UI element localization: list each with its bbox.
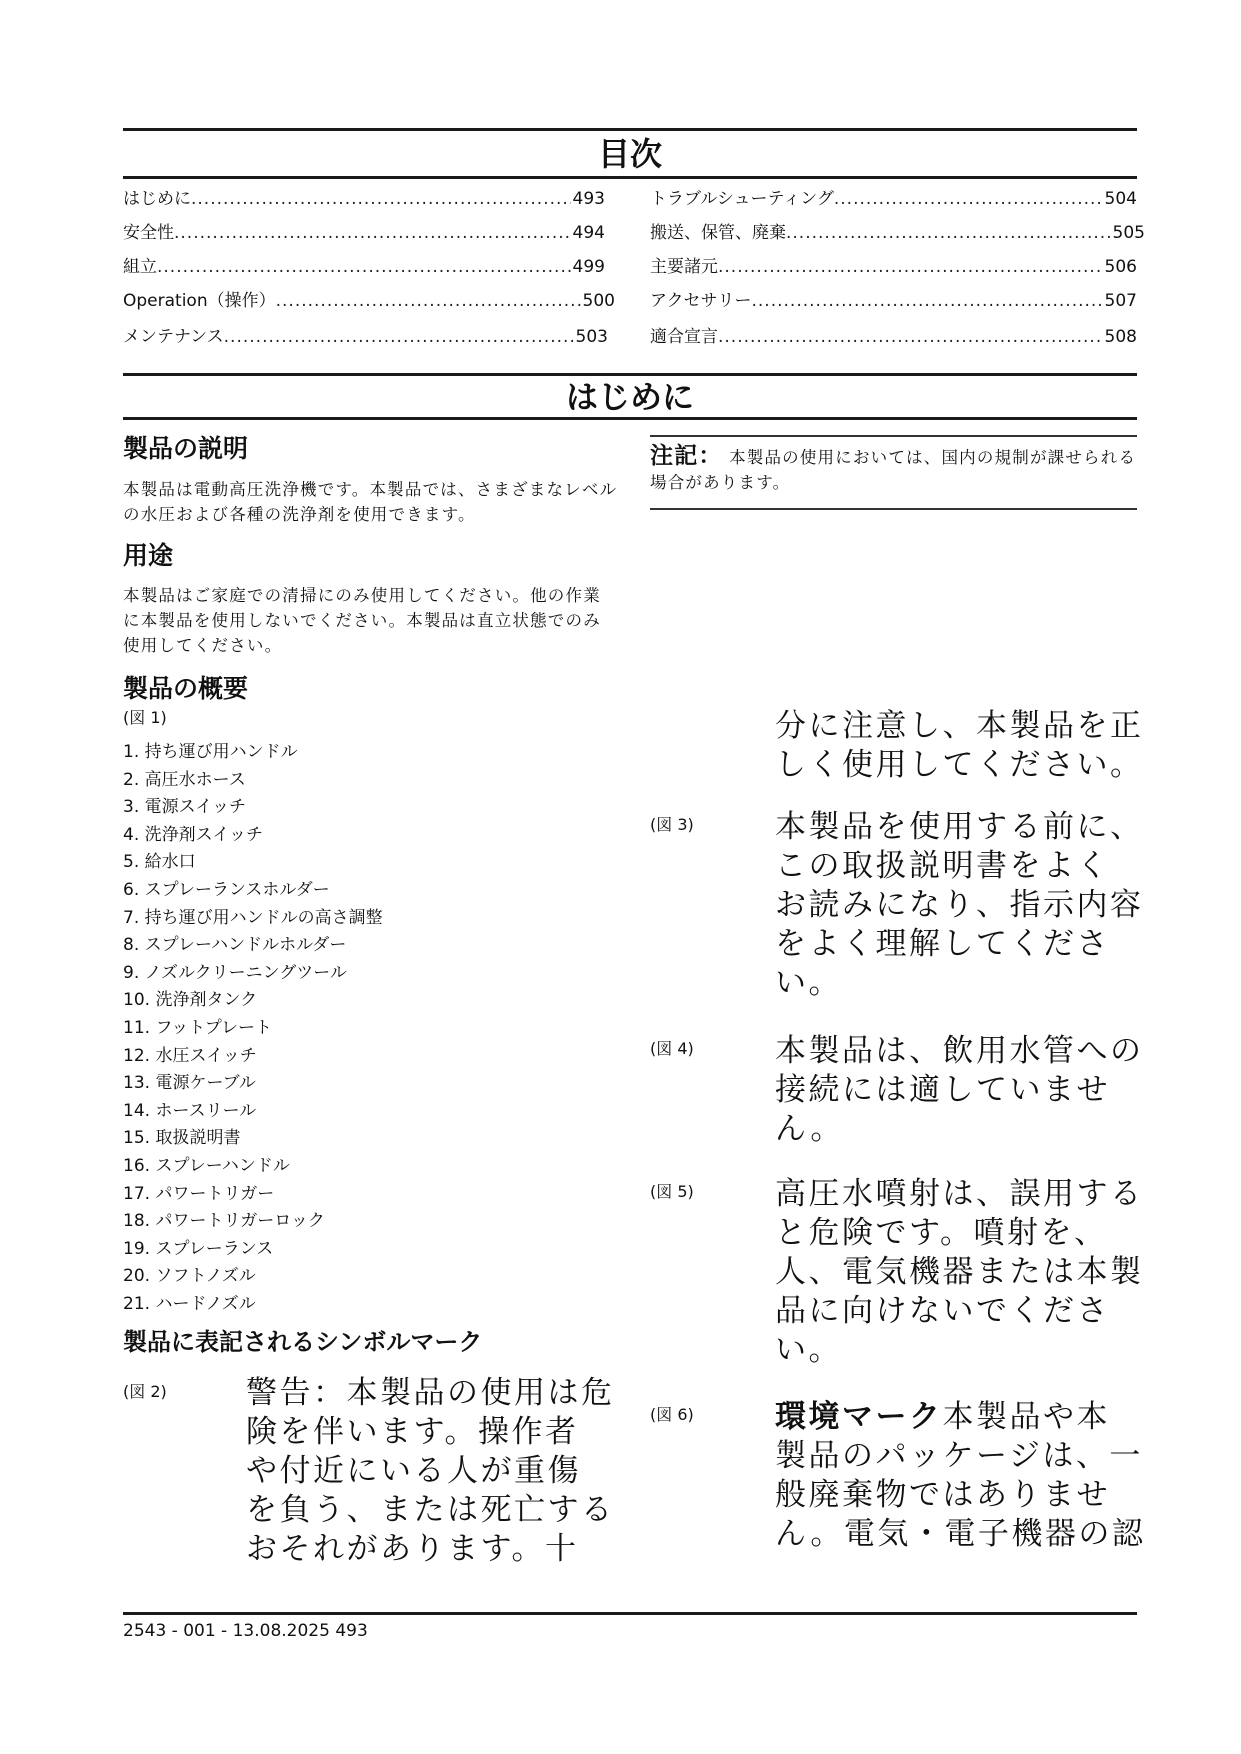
toc-entry[interactable]: トラブルシューティング504 [650, 188, 1137, 210]
toc-top-rule [123, 128, 1137, 131]
list-item: 15. 取扱説明書 [123, 1125, 383, 1153]
toc-entry[interactable]: はじめに493 [123, 188, 605, 210]
list-item: 2. 高圧水ホース [123, 767, 383, 795]
text-line: ん。 [775, 1110, 1144, 1149]
list-item: 5. 給水口 [123, 849, 383, 877]
toc-entry-label: トラブルシューティング [650, 188, 834, 210]
figure-6-ref: (図 6) [650, 1404, 694, 1426]
list-item: 12. 水圧スイッチ [123, 1043, 383, 1071]
list-item: 11. フットプレート [123, 1015, 383, 1043]
text-line: と危険です。噴射を、 [775, 1214, 1144, 1253]
footer-rule [123, 1612, 1137, 1615]
toc-entry-page: 507 [1103, 290, 1137, 312]
intended-use-heading: 用途 [123, 540, 173, 572]
list-item: 18. パワートリガーロック [123, 1208, 383, 1236]
toc-entry-label: 搬送、保管、廃棄 [650, 222, 786, 244]
toc-leader [224, 326, 574, 348]
overview-heading: 製品の概要 [123, 673, 248, 705]
note-box: 注記： 本製品の使用においては、国内の規制が課せられる場合があります。 [650, 444, 1137, 495]
toc-entry-page: 506 [1103, 256, 1137, 278]
text-line: 品に向けないでくださ [775, 1292, 1144, 1331]
high-pressure-symbol-text: 高圧水噴射は、誤用する と危険です。噴射を、 人、電気機器または本製 品に向けな… [775, 1175, 1144, 1370]
toc-entry-label: 主要諸元 [650, 256, 718, 278]
list-item: 7. 持ち運び用ハンドルの高さ調整 [123, 905, 383, 933]
intended-use-text: 本製品はご家庭での清掃にのみ使用してください。他の作業に本製品を使用しないでくだ… [123, 583, 618, 658]
toc-leader [718, 256, 1103, 278]
list-item: 21. ハードノズル [123, 1291, 383, 1319]
toc-bottom-rule [123, 176, 1137, 179]
figure-1-ref: (図 1) [123, 707, 167, 729]
toc-entry-label: 安全性 [123, 222, 174, 244]
toc-entry-label: Operation（操作） [123, 290, 276, 312]
list-item: 3. 電源スイッチ [123, 794, 383, 822]
text-line: 接続には適していませ [775, 1071, 1144, 1110]
list-item: 8. スプレーハンドルホルダー [123, 932, 383, 960]
intro-top-rule [123, 373, 1137, 376]
toc-leader [276, 290, 581, 312]
toc-leader [834, 188, 1103, 210]
toc-entry-page: 499 [571, 256, 605, 278]
figure-2-ref: (図 2) [123, 1381, 167, 1403]
footer-text: 2543 - 001 - 13.08.2025 493 [123, 1621, 368, 1641]
text-fragment: 本製品や本 [943, 1399, 1111, 1435]
toc-entry-page: 500 [581, 290, 615, 312]
toc-entry-label: メンテナンス [123, 326, 224, 348]
toc-entry-label: はじめに [123, 188, 191, 210]
toc-entry-label: 適合宣言 [650, 326, 718, 348]
toc-title: 目次 [123, 134, 1137, 174]
toc-entry-page: 504 [1103, 188, 1137, 210]
list-item: 16. スプレーハンドル [123, 1153, 383, 1181]
note-bottom-rule [650, 508, 1137, 510]
potable-water-symbol-text: 本製品は、飲用水管への 接続には適していませ ん。 [775, 1032, 1144, 1149]
list-item: 14. ホースリール [123, 1098, 383, 1126]
text-line: 警告：本製品の使用は危 [246, 1374, 615, 1413]
note-top-rule [650, 435, 1137, 437]
product-description-text: 本製品は電動高圧洗浄機です。本製品では、さまざまなレベルの水圧および各種の洗浄剤… [123, 477, 618, 527]
toc-entry-page: 505 [1111, 222, 1145, 244]
toc-leader [191, 188, 571, 210]
text-line: 環境マーク本製品や本 [775, 1398, 1145, 1437]
figure-3-ref: (図 3) [650, 814, 694, 836]
list-item: 13. 電源ケーブル [123, 1070, 383, 1098]
intro-title: はじめに [123, 377, 1137, 417]
list-item: 4. 洗浄剤スイッチ [123, 822, 383, 850]
toc-entry[interactable]: 主要諸元506 [650, 256, 1137, 278]
toc-entry-page: 508 [1103, 326, 1137, 348]
text-line: や付近にいる人が重傷 [246, 1452, 615, 1491]
list-item: 19. スプレーランス [123, 1236, 383, 1264]
component-list: 1. 持ち運び用ハンドル 2. 高圧水ホース 3. 電源スイッチ 4. 洗浄剤ス… [123, 739, 383, 1318]
toc-leader [786, 222, 1111, 244]
text-line: 般廃棄物ではありませ [775, 1476, 1145, 1515]
text-line: を負う、または死亡する [246, 1491, 615, 1530]
list-item: 20. ソフトノズル [123, 1263, 383, 1291]
figure-5-ref: (図 5) [650, 1181, 694, 1203]
intro-bottom-rule [123, 417, 1137, 420]
toc-entry[interactable]: Operation（操作）500 [123, 290, 615, 312]
toc-leader [174, 222, 571, 244]
product-description-heading: 製品の説明 [123, 433, 248, 465]
toc-leader [157, 256, 571, 278]
figure-4-ref: (図 4) [650, 1038, 694, 1060]
toc-entry-page: 493 [571, 188, 605, 210]
text-line: お読みになり、指示内容 [775, 886, 1144, 925]
environment-symbol-text: 環境マーク本製品や本 製品のパッケージは、一 般廃棄物ではありませ ん。電気・電… [775, 1398, 1145, 1554]
toc-leader [718, 326, 1103, 348]
toc-entry[interactable]: メンテナンス503 [123, 326, 608, 348]
text-line: 人、電気機器または本製 [775, 1253, 1144, 1292]
list-item: 1. 持ち運び用ハンドル [123, 739, 383, 767]
warning-symbol-text-continued: 分に注意し、本製品を正 しく使用してください。 [775, 707, 1144, 785]
toc-entry[interactable]: 組立499 [123, 256, 605, 278]
toc-entry-label: アクセサリー [650, 290, 752, 312]
toc-entry-label: 組立 [123, 256, 157, 278]
toc-entry[interactable]: 安全性494 [123, 222, 605, 244]
text-line: 本製品は、飲用水管への [775, 1032, 1144, 1071]
list-item: 10. 洗浄剤タンク [123, 987, 383, 1015]
note-label: 注記： [650, 443, 723, 469]
text-line: 分に注意し、本製品を正 [775, 707, 1144, 746]
toc-entry-page: 503 [574, 326, 608, 348]
text-line: い。 [775, 964, 1144, 1003]
list-item: 9. ノズルクリーニングツール [123, 960, 383, 988]
text-line: 険を伴います。操作者 [246, 1413, 615, 1452]
text-line: 本製品を使用する前に、 [775, 808, 1144, 847]
text-line: 高圧水噴射は、誤用する [775, 1175, 1144, 1214]
list-item: 17. パワートリガー [123, 1181, 383, 1209]
toc-entry[interactable]: アクセサリー507 [650, 290, 1137, 312]
symbols-heading: 製品に表記されるシンボルマーク [123, 1326, 482, 1358]
note-text: 本製品の使用においては、国内の規制が課せられる場合があります。 [650, 448, 1136, 492]
text-line: しく使用してください。 [775, 746, 1144, 785]
text-line: この取扱説明書をよく [775, 847, 1144, 886]
toc-entry[interactable]: 適合宣言508 [650, 326, 1137, 348]
list-item: 6. スプレーランスホルダー [123, 877, 383, 905]
warning-symbol-text: 警告：本製品の使用は危 険を伴います。操作者 や付近にいる人が重傷 を負う、また… [246, 1374, 615, 1569]
text-line: い。 [775, 1331, 1144, 1370]
read-manual-symbol-text: 本製品を使用する前に、 この取扱説明書をよく お読みになり、指示内容 をよく理解… [775, 808, 1144, 1003]
toc-leader [752, 290, 1103, 312]
environment-mark-label: 環境マーク [775, 1399, 943, 1435]
text-line: 製品のパッケージは、一 [775, 1437, 1145, 1476]
text-line: おそれがあります。十 [246, 1530, 615, 1569]
toc-entry-page: 494 [571, 222, 605, 244]
text-line: ん。電気・電子機器の認 [775, 1515, 1145, 1554]
toc-entry[interactable]: 搬送、保管、廃棄505 [650, 222, 1145, 244]
text-line: をよく理解してくださ [775, 925, 1144, 964]
